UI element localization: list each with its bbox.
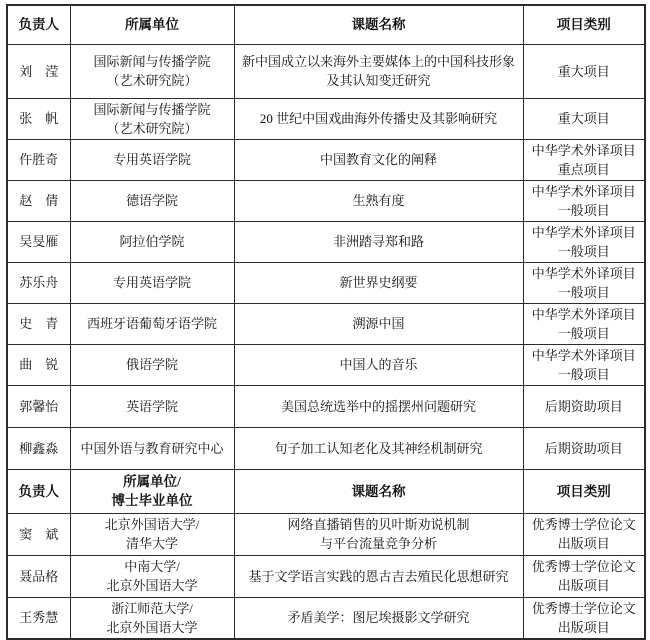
cell-category: 优秀博士学位论文 出版项目	[523, 513, 645, 555]
table-row: 王秀慧浙江师范大学/ 北京外国语大学矛盾美学：图尼埃摄影文学研究优秀博士学位论文…	[7, 597, 645, 627]
table-row: 曲 锐俄语学院中国人的音乐中华学术外译项目 一般项目	[7, 344, 645, 385]
cell-name: 聂品格	[7, 555, 70, 597]
cell-name: 王秀慧	[7, 597, 70, 627]
cell-category: 重大项目	[523, 98, 645, 139]
cell-unit: 中南大学/ 北京外国语大学	[70, 555, 234, 597]
cell-name: 赵 倩	[7, 180, 70, 221]
cell-category: 中华学术外译项目 一般项目	[523, 303, 645, 344]
cell-category: 优秀博士学位论文 出版项目	[523, 555, 645, 597]
cell-name: 柳鑫淼	[7, 427, 70, 469]
cell-category: 中华学术外译项目 一般项目	[523, 344, 645, 385]
cell-unit: 俄语学院	[70, 344, 234, 385]
cell-category: 中华学术外译项目 一般项目	[523, 221, 645, 262]
projects-table-container: 负责人所属单位课题名称项目类别刘 滢国际新闻与传播学院 （艺术研究院）新中国成立…	[6, 4, 646, 627]
cell-category: 后期资助项目	[523, 427, 645, 469]
table-row: 吴旻雁阿拉伯学院非洲踏寻郑和路中华学术外译项目 一般项目	[7, 221, 645, 262]
header-cell: 课题名称	[234, 469, 523, 513]
cell-name: 吴旻雁	[7, 221, 70, 262]
cell-title: 生熟有度	[234, 180, 523, 221]
header-row: 负责人所属单位/ 博士毕业单位课题名称项目类别	[7, 469, 645, 513]
table-row: 仵胜奇专用英语学院中国教育文化的阐释中华学术外译项目 重点项目	[7, 139, 645, 180]
cell-name: 仵胜奇	[7, 139, 70, 180]
table-row: 窦 斌北京外国语大学/ 清华大学网络直播销售的贝叶斯劝说机制 与平台流量竞争分析…	[7, 513, 645, 555]
cell-title: 新世界史纲要	[234, 262, 523, 303]
header-cell: 负责人	[7, 469, 70, 513]
table-row: 张 帆国际新闻与传播学院 （艺术研究院）20 世纪中国戏曲海外传播史及其影响研究…	[7, 98, 645, 139]
header-cell: 项目类别	[523, 469, 645, 513]
cell-unit: 德语学院	[70, 180, 234, 221]
cell-name: 窦 斌	[7, 513, 70, 555]
table-row: 聂品格中南大学/ 北京外国语大学基于文学语言实践的恩古吉去殖民化思想研究优秀博士…	[7, 555, 645, 597]
cell-unit: 北京外国语大学/ 清华大学	[70, 513, 234, 555]
table-row: 柳鑫淼中国外语与教育研究中心句子加工认知老化及其神经机制研究后期资助项目	[7, 427, 645, 469]
cell-unit: 专用英语学院	[70, 139, 234, 180]
cell-name: 张 帆	[7, 98, 70, 139]
cell-title: 网络直播销售的贝叶斯劝说机制 与平台流量竞争分析	[234, 513, 523, 555]
cell-unit: 中国外语与教育研究中心	[70, 427, 234, 469]
cell-unit: 专用英语学院	[70, 262, 234, 303]
cell-name: 刘 滢	[7, 44, 70, 98]
table-row: 赵 倩德语学院生熟有度中华学术外译项目 一般项目	[7, 180, 645, 221]
cell-category: 中华学术外译项目 一般项目	[523, 262, 645, 303]
header-cell: 课题名称	[234, 5, 523, 44]
cell-name: 史 青	[7, 303, 70, 344]
cell-title: 基于文学语言实践的恩古吉去殖民化思想研究	[234, 555, 523, 597]
cell-unit: 国际新闻与传播学院 （艺术研究院）	[70, 44, 234, 98]
cell-category: 后期资助项目	[523, 385, 645, 427]
cell-unit: 阿拉伯学院	[70, 221, 234, 262]
cell-title: 中国教育文化的阐释	[234, 139, 523, 180]
header-cell: 所属单位/ 博士毕业单位	[70, 469, 234, 513]
table-row: 刘 滢国际新闻与传播学院 （艺术研究院）新中国成立以来海外主要媒体上的中国科技形…	[7, 44, 645, 98]
cell-unit: 浙江师范大学/ 北京外国语大学	[70, 597, 234, 627]
cell-unit: 英语学院	[70, 385, 234, 427]
projects-table: 负责人所属单位课题名称项目类别刘 滢国际新闻与传播学院 （艺术研究院）新中国成立…	[6, 4, 646, 627]
cell-name: 苏乐舟	[7, 262, 70, 303]
cell-category: 优秀博士学位论文 出版项目	[523, 597, 645, 627]
header-cell: 项目类别	[523, 5, 645, 44]
cell-title: 新中国成立以来海外主要媒体上的中国科技形象 及其认知变迁研究	[234, 44, 523, 98]
header-cell: 所属单位	[70, 5, 234, 44]
cell-title: 美国总统选举中的摇摆州问题研究	[234, 385, 523, 427]
cell-name: 郭馨怡	[7, 385, 70, 427]
cell-unit: 西班牙语葡萄牙语学院	[70, 303, 234, 344]
cell-category: 重大项目	[523, 44, 645, 98]
table-row: 苏乐舟专用英语学院新世界史纲要中华学术外译项目 一般项目	[7, 262, 645, 303]
table-row: 郭馨怡英语学院美国总统选举中的摇摆州问题研究后期资助项目	[7, 385, 645, 427]
table-row: 史 青西班牙语葡萄牙语学院溯源中国中华学术外译项目 一般项目	[7, 303, 645, 344]
cell-title: 非洲踏寻郑和路	[234, 221, 523, 262]
cell-unit: 国际新闻与传播学院 （艺术研究院）	[70, 98, 234, 139]
cell-name: 曲 锐	[7, 344, 70, 385]
cell-title: 溯源中国	[234, 303, 523, 344]
header-row: 负责人所属单位课题名称项目类别	[7, 5, 645, 44]
cell-title: 20 世纪中国戏曲海外传播史及其影响研究	[234, 98, 523, 139]
header-cell: 负责人	[7, 5, 70, 44]
cell-category: 中华学术外译项目 重点项目	[523, 139, 645, 180]
cell-title: 中国人的音乐	[234, 344, 523, 385]
cell-title: 矛盾美学：图尼埃摄影文学研究	[234, 597, 523, 627]
cell-title: 句子加工认知老化及其神经机制研究	[234, 427, 523, 469]
cell-category: 中华学术外译项目 一般项目	[523, 180, 645, 221]
